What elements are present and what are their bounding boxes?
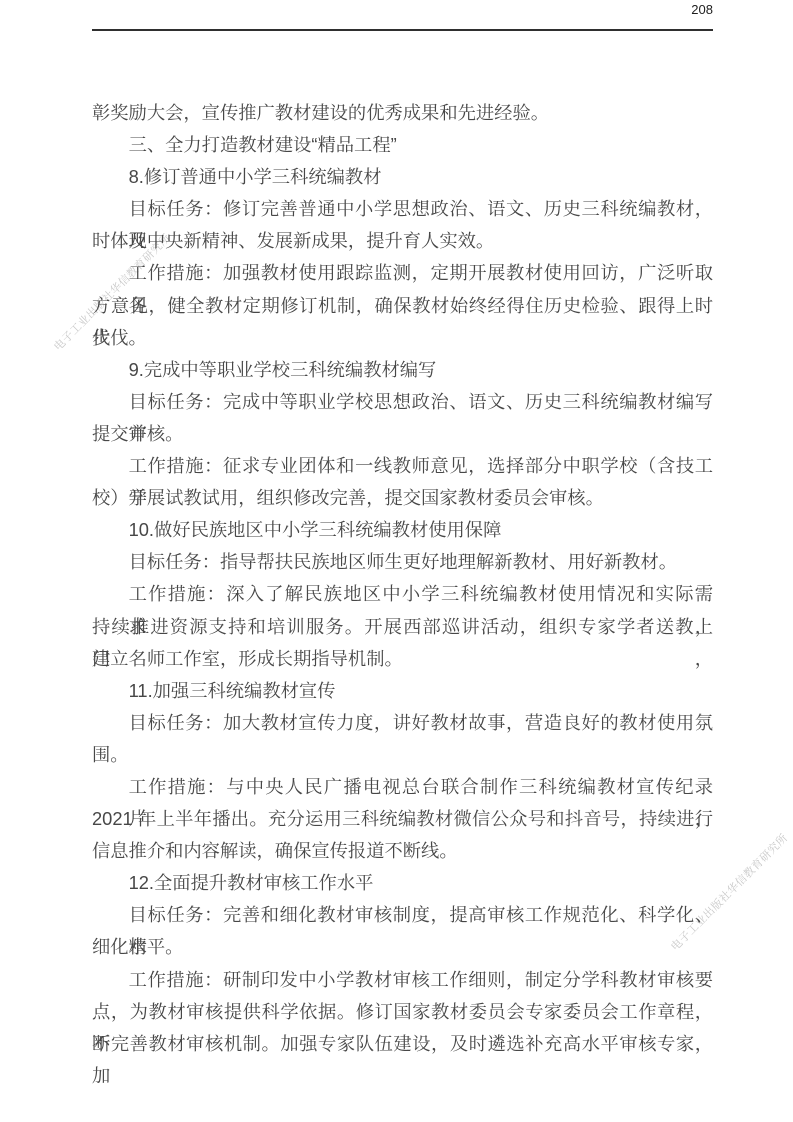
text-line: 目标任务：完善和细化教材审核制度，提高审核工作规范化、科学化、精 (92, 899, 713, 931)
text-line: 目标任务：修订完善普通中小学思想政治、语文、历史三科统编教材，及 (92, 193, 713, 225)
text-line: 点，为教材审核提供科学依据。修订国家教材委员会专家委员会工作章程，不 (92, 996, 713, 1028)
text-line: 持续推进资源支持和培训服务。开展西部巡讲活动，组织专家学者送教上门， (92, 611, 713, 643)
text-line: 围。 (92, 739, 713, 771)
text-line: 8.修订普通中小学三科统编教材 (92, 161, 713, 193)
text-line: 2021 年上半年播出。充分运用三科统编教材微信公众号和抖音号，持续进行 (92, 803, 713, 835)
text-line: 12.全面提升教材审核工作水平 (92, 867, 713, 899)
text-line: 工作措施：与中央人民广播电视总台联合制作三科统编教材宣传纪录片， (92, 771, 713, 803)
text-line: 信息推介和内容解读，确保宣传报道不断线。 (92, 835, 713, 867)
document-body: 彰奖励大会，宣传推广教材建设的优秀成果和先进经验。三、全力打造教材建设“精品工程… (92, 97, 713, 1060)
text-line: 目标任务：完成中等职业学校思想政治、语文、历史三科统编教材编写并 (92, 386, 713, 418)
header-rule (92, 29, 713, 31)
text-line: 工作措施：加强教材使用跟踪监测，定期开展教材使用回访，广泛听取各 (92, 257, 713, 289)
text-line: 工作措施：研制印发中小学教材审核工作细则，制定分学科教材审核要 (92, 964, 713, 996)
text-line: 工作措施：征求专业团体和一线教师意见，选择部分中职学校（含技工学 (92, 450, 713, 482)
text-line: 三、全力打造教材建设“精品工程” (92, 129, 713, 161)
text-line: 断完善教材审核机制。加强专家队伍建设，及时遴选补充高水平审核专家，加 (92, 1028, 713, 1060)
text-line: 步伐。 (92, 322, 713, 354)
text-line: 提交审核。 (92, 418, 713, 450)
text-line: 10.做好民族地区中小学三科统编教材使用保障 (92, 514, 713, 546)
text-line: 11.加强三科统编教材宣传 (92, 675, 713, 707)
text-line: 彰奖励大会，宣传推广教材建设的优秀成果和先进经验。 (92, 97, 713, 129)
text-line: 工作措施：深入了解民族地区中小学三科统编教材使用情况和实际需求， (92, 578, 713, 610)
document-page: 208 电子工业出版社华信教育研究所 电子工业出版社华信教育研究所 彰奖励大会，… (0, 0, 793, 1122)
text-line: 校）开展试教试用，组织修改完善，提交国家教材委员会审核。 (92, 482, 713, 514)
text-line: 目标任务：指导帮扶民族地区师生更好地理解新教材、用好新教材。 (92, 546, 713, 578)
text-line: 方意见，健全教材定期修订机制，确保教材始终经得住历史检验、跟得上时代 (92, 290, 713, 322)
text-line: 目标任务：加大教材宣传力度，讲好教材故事，营造良好的教材使用氛 (92, 707, 713, 739)
text-line: 细化水平。 (92, 931, 713, 963)
page-number: 208 (688, 2, 713, 17)
text-line: 时体现中央新精神、发展新成果，提升育人实效。 (92, 225, 713, 257)
text-line: 9.完成中等职业学校三科统编教材编写 (92, 354, 713, 386)
